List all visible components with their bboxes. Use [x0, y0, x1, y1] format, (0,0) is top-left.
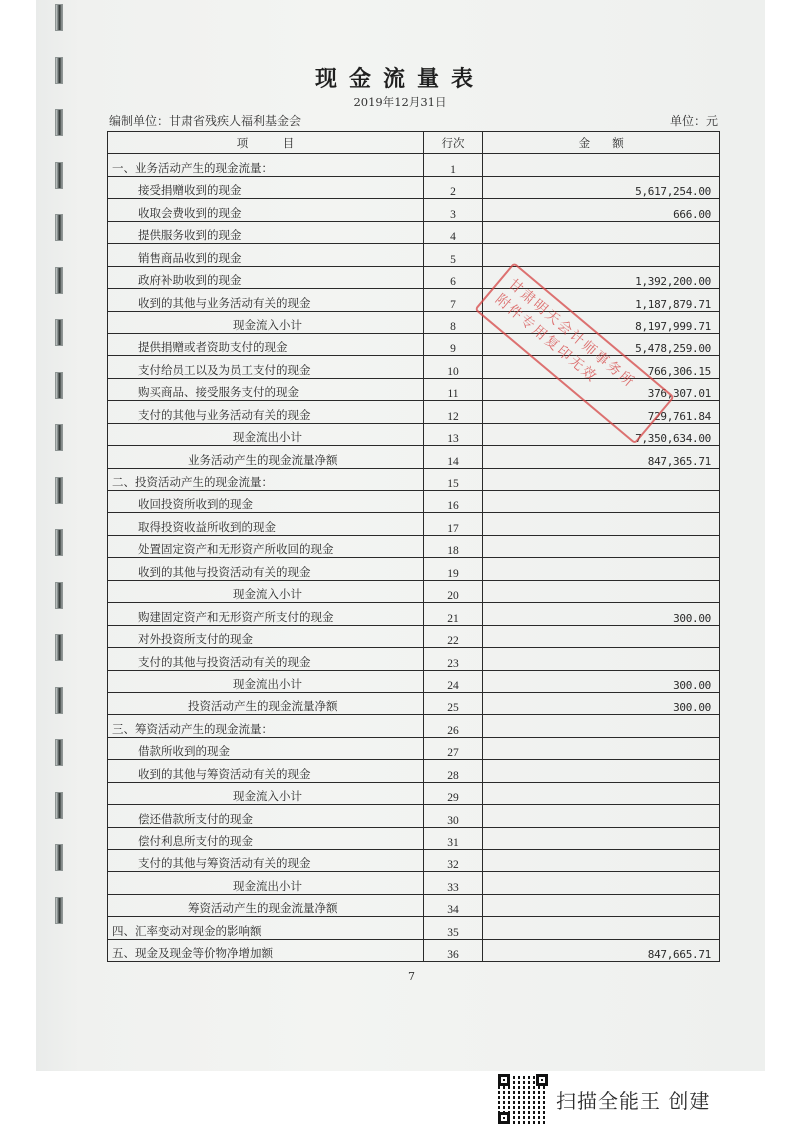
row-line-number: 12	[424, 401, 483, 423]
row-item-label: 支付的其他与筹资活动有关的现金	[108, 850, 424, 872]
row-item-label: 支付的其他与投资活动有关的现金	[108, 648, 424, 670]
row-line-number: 36	[424, 939, 483, 961]
qr-code-icon	[498, 1074, 548, 1124]
row-line-number: 3	[424, 199, 483, 221]
table-row: 五、现金及现金等价物净增加额36847,665.71	[108, 939, 720, 961]
row-amount	[483, 244, 720, 266]
row-item-label: 筹资活动产生的现金流量净额	[108, 894, 424, 916]
row-line-number: 23	[424, 648, 483, 670]
row-item-label: 现金流出小计	[108, 423, 424, 445]
table-row: 对外投资所支付的现金22	[108, 625, 720, 647]
row-item-label: 四、汇率变动对现金的影响额	[108, 917, 424, 939]
table-row: 提供服务收到的现金4	[108, 221, 720, 243]
row-amount	[483, 872, 720, 894]
scanner-watermark: 扫描全能王 创建	[498, 1074, 710, 1124]
row-item-label: 收到的其他与筹资活动有关的现金	[108, 760, 424, 782]
table-row: 借款所收到的现金27	[108, 737, 720, 759]
row-line-number: 21	[424, 603, 483, 625]
document-title: 现金流量表	[0, 62, 800, 93]
row-item-label: 一、业务活动产生的现金流量：	[108, 154, 424, 176]
row-item-label: 借款所收到的现金	[108, 737, 424, 759]
row-item-label: 二、投资活动产生的现金流量：	[108, 468, 424, 490]
row-item-label: 收取会费收到的现金	[108, 199, 424, 221]
row-line-number: 10	[424, 356, 483, 378]
row-line-number: 27	[424, 737, 483, 759]
table-row: 一、业务活动产生的现金流量：1	[108, 154, 720, 176]
row-line-number: 16	[424, 491, 483, 513]
row-item-label: 五、现金及现金等价物净增加额	[108, 939, 424, 961]
row-line-number: 28	[424, 760, 483, 782]
row-line-number: 6	[424, 266, 483, 288]
row-line-number: 32	[424, 850, 483, 872]
report-date: 2019年12月31日	[0, 94, 800, 110]
row-line-number: 31	[424, 827, 483, 849]
row-item-label: 支付给员工以及为员工支付的现金	[108, 356, 424, 378]
row-amount	[483, 850, 720, 872]
row-item-label: 销售商品收到的现金	[108, 244, 424, 266]
binder-hole-icon	[55, 582, 63, 609]
row-line-number: 13	[424, 423, 483, 445]
page-number: 7	[408, 970, 415, 983]
row-amount	[483, 827, 720, 849]
row-item-label: 业务活动产生的现金流量净额	[108, 446, 424, 468]
row-item-label: 偿还借款所支付的现金	[108, 805, 424, 827]
table-row: 取得投资收益所收到的现金17	[108, 513, 720, 535]
table-header-row: 项 目 行次 金 额	[108, 132, 720, 154]
binder-hole-icon	[55, 109, 63, 136]
table-row: 销售商品收到的现金5	[108, 244, 720, 266]
row-amount	[483, 558, 720, 580]
row-item-label: 取得投资收益所收到的现金	[108, 513, 424, 535]
row-line-number: 1	[424, 154, 483, 176]
table-row: 收到的其他与筹资活动有关的现金28	[108, 760, 720, 782]
row-line-number: 24	[424, 670, 483, 692]
binder-hole-icon	[55, 529, 63, 556]
row-line-number: 2	[424, 176, 483, 198]
table-row: 四、汇率变动对现金的影响额35	[108, 917, 720, 939]
binder-hole-icon	[55, 897, 63, 924]
binder-hole-icon	[55, 162, 63, 189]
row-line-number: 5	[424, 244, 483, 266]
row-item-label: 收到的其他与业务活动有关的现金	[108, 289, 424, 311]
table-row: 三、筹资活动产生的现金流量：26	[108, 715, 720, 737]
row-line-number: 30	[424, 805, 483, 827]
row-item-label: 收到的其他与投资活动有关的现金	[108, 558, 424, 580]
row-amount	[483, 782, 720, 804]
row-amount: 300.00	[483, 692, 720, 714]
header-item: 项 目	[108, 132, 424, 154]
row-amount	[483, 760, 720, 782]
table-row: 收回投资所收到的现金16	[108, 491, 720, 513]
row-line-number: 35	[424, 917, 483, 939]
row-item-label: 对外投资所支付的现金	[108, 625, 424, 647]
table-row: 现金流入小计29	[108, 782, 720, 804]
table-row: 收到的其他与投资活动有关的现金19	[108, 558, 720, 580]
row-amount	[483, 648, 720, 670]
binder-hole-icon	[55, 372, 63, 399]
table-row: 偿付利息所支付的现金31	[108, 827, 720, 849]
row-item-label: 处置固定资产和无形资产所收回的现金	[108, 535, 424, 557]
row-item-label: 现金流入小计	[108, 580, 424, 602]
table-row: 业务活动产生的现金流量净额14847,365.71	[108, 446, 720, 468]
table-row: 筹资活动产生的现金流量净额34	[108, 894, 720, 916]
row-amount: 847,365.71	[483, 446, 720, 468]
row-amount	[483, 513, 720, 535]
table-row: 购建固定资产和无形资产所支付的现金21300.00	[108, 603, 720, 625]
row-line-number: 25	[424, 692, 483, 714]
row-amount: 300.00	[483, 670, 720, 692]
binder-hole-icon	[55, 267, 63, 294]
row-line-number: 17	[424, 513, 483, 535]
table-row: 现金流入小计20	[108, 580, 720, 602]
table-row: 支付的其他与筹资活动有关的现金32	[108, 850, 720, 872]
table-row: 提供捐赠或者资助支付的现金95,478,259.00	[108, 333, 720, 355]
scanner-app-credit: 扫描全能王 创建	[556, 1085, 710, 1114]
binder-hole-icon	[55, 4, 63, 31]
row-amount: 300.00	[483, 603, 720, 625]
row-amount	[483, 917, 720, 939]
table-row: 现金流出小计24300.00	[108, 670, 720, 692]
row-line-number: 20	[424, 580, 483, 602]
row-amount: 7,350,634.00	[483, 423, 720, 445]
table-row: 偿还借款所支付的现金30	[108, 805, 720, 827]
row-amount	[483, 491, 720, 513]
table-row: 处置固定资产和无形资产所收回的现金18	[108, 535, 720, 557]
row-item-label: 政府补助收到的现金	[108, 266, 424, 288]
binder-hole-icon	[55, 424, 63, 451]
row-amount	[483, 154, 720, 176]
currency-unit: 单位：元	[670, 112, 718, 129]
row-item-label: 提供服务收到的现金	[108, 221, 424, 243]
row-item-label: 提供捐赠或者资助支付的现金	[108, 333, 424, 355]
row-line-number: 15	[424, 468, 483, 490]
row-amount	[483, 737, 720, 759]
row-line-number: 14	[424, 446, 483, 468]
row-line-number: 4	[424, 221, 483, 243]
header-amount: 金 额	[483, 132, 720, 154]
table-row: 收到的其他与业务活动有关的现金71,187,879.71	[108, 289, 720, 311]
row-item-label: 购建固定资产和无形资产所支付的现金	[108, 603, 424, 625]
row-line-number: 34	[424, 894, 483, 916]
table-row: 现金流入小计88,197,999.71	[108, 311, 720, 333]
row-item-label: 现金流出小计	[108, 670, 424, 692]
row-item-label: 投资活动产生的现金流量净额	[108, 692, 424, 714]
row-item-label: 现金流出小计	[108, 872, 424, 894]
row-line-number: 26	[424, 715, 483, 737]
row-line-number: 18	[424, 535, 483, 557]
row-line-number: 19	[424, 558, 483, 580]
row-amount	[483, 580, 720, 602]
row-amount	[483, 715, 720, 737]
row-line-number: 22	[424, 625, 483, 647]
row-line-number: 33	[424, 872, 483, 894]
table-row: 二、投资活动产生的现金流量：15	[108, 468, 720, 490]
header-line-no: 行次	[424, 132, 483, 154]
row-amount: 5,617,254.00	[483, 176, 720, 198]
row-amount: 666.00	[483, 199, 720, 221]
row-item-label: 收回投资所收到的现金	[108, 491, 424, 513]
table-row: 支付的其他与投资活动有关的现金23	[108, 648, 720, 670]
row-item-label: 购买商品、接受服务支付的现金	[108, 378, 424, 400]
row-line-number: 29	[424, 782, 483, 804]
row-amount	[483, 468, 720, 490]
table-row: 政府补助收到的现金61,392,200.00	[108, 266, 720, 288]
table-row: 接受捐赠收到的现金25,617,254.00	[108, 176, 720, 198]
row-amount	[483, 535, 720, 557]
row-amount: 847,665.71	[483, 939, 720, 961]
binder-hole-icon	[55, 844, 63, 871]
binder-hole-icon	[55, 792, 63, 819]
row-amount	[483, 805, 720, 827]
row-item-label: 接受捐赠收到的现金	[108, 176, 424, 198]
row-line-number: 11	[424, 378, 483, 400]
row-item-label: 偿付利息所支付的现金	[108, 827, 424, 849]
binder-hole-icon	[55, 634, 63, 661]
row-item-label: 现金流入小计	[108, 782, 424, 804]
row-line-number: 7	[424, 289, 483, 311]
table-row: 投资活动产生的现金流量净额25300.00	[108, 692, 720, 714]
preparing-organization: 编制单位：甘肃省残疾人福利基金会	[109, 112, 301, 129]
table-row: 现金流出小计33	[108, 872, 720, 894]
row-line-number: 8	[424, 311, 483, 333]
binder-hole-icon	[55, 687, 63, 714]
binder-hole-icon	[55, 739, 63, 766]
row-amount	[483, 221, 720, 243]
binder-hole-icon	[55, 214, 63, 241]
row-amount	[483, 625, 720, 647]
binder-hole-icon	[55, 477, 63, 504]
cash-flow-table: 项 目 行次 金 额 一、业务活动产生的现金流量：1接受捐赠收到的现金25,61…	[107, 131, 720, 962]
binder-hole-icon	[55, 319, 63, 346]
row-item-label: 支付的其他与业务活动有关的现金	[108, 401, 424, 423]
row-amount	[483, 894, 720, 916]
row-line-number: 9	[424, 333, 483, 355]
row-item-label: 现金流入小计	[108, 311, 424, 333]
row-item-label: 三、筹资活动产生的现金流量：	[108, 715, 424, 737]
table-row: 收取会费收到的现金3666.00	[108, 199, 720, 221]
